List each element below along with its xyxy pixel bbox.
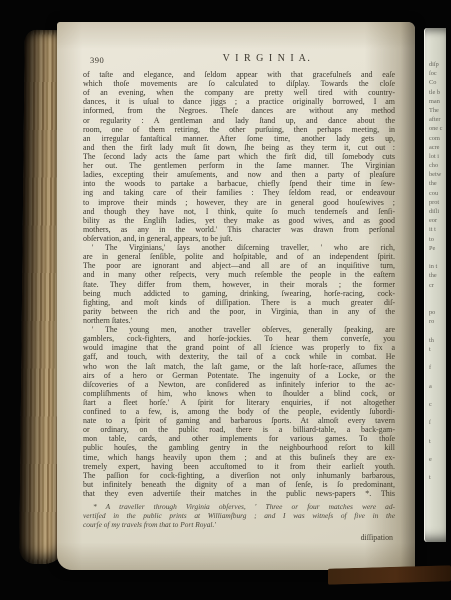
text-line: which thoſe movements are ſo calculated … <box>83 79 395 88</box>
sliver-text-line: cou <box>429 189 446 198</box>
sliver-text-line: after <box>429 115 446 124</box>
sliver-text-line: com <box>429 134 446 143</box>
sliver-text-line: a <box>429 382 446 391</box>
text-line: parity between the rich and the poor, in… <box>83 307 395 316</box>
book-cover-edge <box>328 565 451 584</box>
footnote: * A traveller through Virginia obſerves,… <box>83 503 395 529</box>
text-line: would imagine that the grand point of al… <box>83 343 395 352</box>
sliver-text-line: t <box>429 473 446 482</box>
text-line: or ordinary, on the public road, there i… <box>83 425 395 434</box>
text-line: time, which hangs heavily upon them ; an… <box>83 453 395 462</box>
sliver-text-line: The <box>429 106 446 115</box>
text-line: public houſes, the gambling gentry in th… <box>83 443 395 452</box>
sliver-text-line: ro <box>429 317 446 326</box>
sliver-text-line: betw <box>429 170 446 179</box>
sliver-text-line: ſoc <box>429 69 446 78</box>
text-line: who won the laſt match, the laſt game, o… <box>83 362 395 371</box>
sliver-text-line: po <box>429 308 446 317</box>
text-line: being much addicted to gaming, drinking,… <box>83 289 395 298</box>
text-line: gaff, and touch, with dexterity, the tai… <box>83 352 395 361</box>
sliver-text-line: t <box>429 437 446 446</box>
text-line: room, one of them retiring, the other pu… <box>83 125 395 134</box>
sliver-text-line: f <box>429 363 446 372</box>
sliver-text-line <box>429 446 446 455</box>
footnote-line: * A traveller through Virginia obſerves,… <box>83 503 395 512</box>
text-line: into the woods to partake a barbacue, ch… <box>83 179 395 188</box>
running-title: V I R G I N I A. <box>115 53 419 64</box>
sliver-text-line: e <box>429 455 446 464</box>
footnote-line: courſe of my travels from that to Port R… <box>83 521 395 530</box>
sliver-text-line <box>429 428 446 437</box>
text-line: and then the firſt lady muſt ſit down, ſ… <box>83 143 395 152</box>
catchword: diſſipation <box>83 533 395 542</box>
sliver-text-line: ſ <box>429 418 446 427</box>
text-line: mothers, as any in the world.' This char… <box>83 225 395 234</box>
sliver-text-line: lot i <box>429 152 446 161</box>
sliver-text-line: one c <box>429 124 446 133</box>
sliver-text-line <box>429 372 446 381</box>
sliver-text-line <box>429 510 446 519</box>
sliver-text-line: Pe <box>429 244 446 253</box>
sliver-text-line: cr <box>429 281 446 290</box>
sliver-text-line <box>429 483 446 492</box>
sliver-text-line: the <box>429 179 446 188</box>
text-line: her out. The gentlemen perform in the ſa… <box>83 161 395 170</box>
text-line: that they even advertiſe their matches i… <box>83 489 395 498</box>
sliver-text-line <box>429 354 446 363</box>
book-scan: 390 V I R G I N I A. of taſte and elegan… <box>0 0 451 600</box>
sliver-text-line: it t <box>429 225 446 234</box>
sliver-text-line: c <box>429 400 446 409</box>
text-line: gamblers, cock-fighters, and horſe-jocki… <box>83 334 395 343</box>
sliver-text-line: man <box>429 97 446 106</box>
text-line: or regularity : A gentleman and lady ſta… <box>83 116 395 125</box>
text-line: of an evening, when the company are pret… <box>83 88 395 97</box>
sliver-text-line: prot <box>429 198 446 207</box>
page-number: 390 <box>90 55 104 65</box>
text-line: The paſſion for cock-fighting, a diverſi… <box>83 471 395 480</box>
sliver-text-line <box>429 492 446 501</box>
sliver-text-line: diſli <box>429 207 446 216</box>
adjacent-page-sliver: diſpſocCotle bmanTheafterone ccomacrelot… <box>424 28 446 542</box>
sliver-text-line: th <box>429 336 446 345</box>
sliver-text-line <box>429 253 446 262</box>
text-line: informed, from the Negroes. Theſe dances… <box>83 106 395 115</box>
text-line: The ſecond lady acts the ſame part which… <box>83 152 395 161</box>
sliver-text-line: diſp <box>429 60 446 69</box>
sliver-text-line: t <box>429 345 446 354</box>
sliver-text-line <box>429 409 446 418</box>
text-line: northern ſtates.' <box>83 316 395 325</box>
sliver-text-line: tle b <box>429 88 446 97</box>
text-line: but infinitely beneath the dignity of a … <box>83 480 395 489</box>
text-line: and in many other reſpects, very much re… <box>83 270 395 279</box>
sliver-text-line <box>429 391 446 400</box>
text-line: ladies, excepting their amuſements, and … <box>83 170 395 179</box>
sliver-text-line <box>429 501 446 510</box>
text-line: compliſhments of him, who knows when to … <box>83 389 395 398</box>
text-line: ' The Virginians,' ſays another diſcerni… <box>83 243 395 252</box>
text-line: fighting, and moſt kinds of diſſipation.… <box>83 298 395 307</box>
text-line: airs of a hero or German Potentate. The … <box>83 371 395 380</box>
text-line: are in general ſenſible, polite and hoſp… <box>83 252 395 261</box>
sliver-text-line: in t <box>429 262 446 271</box>
page-header: 390 V I R G I N I A. <box>83 53 387 66</box>
text-line: obſervation, and, in general, appears, t… <box>83 234 395 243</box>
paragraph: ' The young men, another traveller obſer… <box>83 325 395 498</box>
page-body: of taſte and elegance, and ſeldom appear… <box>83 70 395 542</box>
sliver-text-line: eor <box>429 216 446 225</box>
sliver-text-line <box>429 326 446 335</box>
paragraph: of taſte and elegance, and ſeldom appear… <box>83 70 395 243</box>
text-line: ſtate. They differ from them, however, i… <box>83 280 395 289</box>
text-line: mon table, cards, and other implements f… <box>83 434 395 443</box>
sliver-text-line: Co <box>429 78 446 87</box>
text-line: ' The young men, another traveller obſer… <box>83 325 395 334</box>
text-line: tremely expert, having been accuſtomed t… <box>83 462 395 471</box>
text-line: and though they have not, I think, quite… <box>83 207 395 216</box>
book-page: 390 V I R G I N I A. of taſte and elegan… <box>57 22 415 570</box>
sliver-text-line: acre <box>429 143 446 152</box>
text-line: diſcoveries of a Newton, are conſidered … <box>83 380 395 389</box>
sliver-text-line: cho <box>429 161 446 170</box>
footnote-line: vertiſed in the public prints at William… <box>83 512 395 521</box>
text-line: The poor are ignorant and abject—and all… <box>83 261 395 270</box>
text-line: to improve their minds ; however, they a… <box>83 198 395 207</box>
text-line: bility as the Engliſh ladies, yet they m… <box>83 216 395 225</box>
text-line: of taſte and elegance, and ſeldom appear… <box>83 70 395 79</box>
sliver-text-line: the <box>429 271 446 280</box>
sliver-text-line <box>429 299 446 308</box>
text-line: ſtart a fleet horſe.' A ſpirit for liter… <box>83 398 395 407</box>
sliver-text-line <box>429 464 446 473</box>
paragraph: ' The Virginians,' ſays another diſcerni… <box>83 243 395 325</box>
text-line: ing and taking care of their families : … <box>83 188 395 197</box>
text-line: nate to a ſpirit of gaming and barbarous… <box>83 416 395 425</box>
text-line: dances, it is uſual to dance jiggs ; a p… <box>83 97 395 106</box>
sliver-text-line: to <box>429 235 446 244</box>
text-line: confined to a few, is, among the body of… <box>83 407 395 416</box>
sliver-text-line <box>429 290 446 299</box>
text-line: an irregular fantaſtical manner. After ſ… <box>83 134 395 143</box>
